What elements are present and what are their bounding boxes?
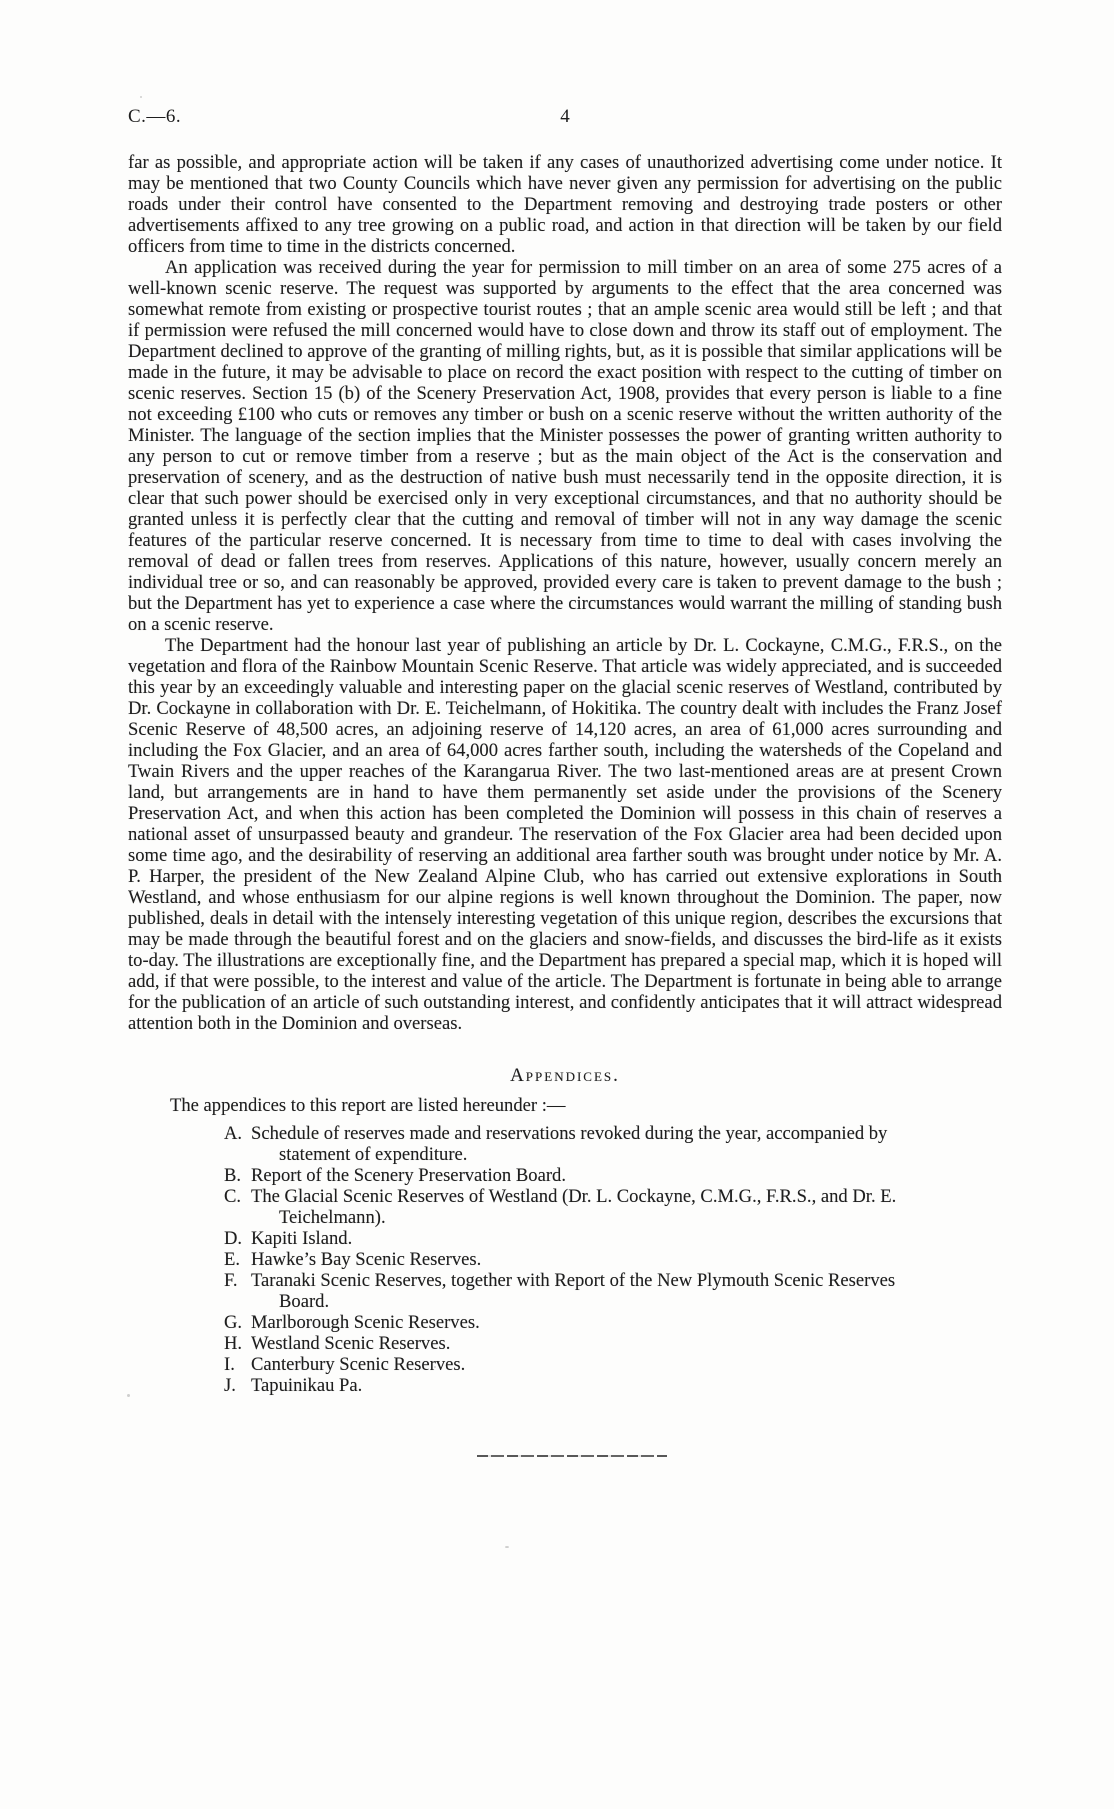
appendix-letter: H. bbox=[224, 1333, 251, 1354]
list-item: G. Marlborough Scenic Reserves. bbox=[224, 1312, 1002, 1333]
list-item: H. Westland Scenic Reserves. bbox=[224, 1333, 1002, 1354]
list-item: J. Tapuinikau Pa. bbox=[224, 1375, 1002, 1396]
scan-speck bbox=[505, 1546, 509, 1548]
document-page: C.—6. 4 far as possible, and appropriate… bbox=[0, 0, 1114, 1809]
list-item: I. Canterbury Scenic Reserves. bbox=[224, 1354, 1002, 1375]
page-number: 4 bbox=[128, 106, 1002, 128]
appendix-letter: G. bbox=[224, 1312, 251, 1333]
paragraph-advertising: far as possible, and appropriate action … bbox=[128, 152, 1002, 257]
appendices-intro: The appendices to this report are listed… bbox=[128, 1095, 1002, 1116]
appendices-list: A. Schedule of reserves made and reserva… bbox=[224, 1123, 1002, 1396]
scan-speck bbox=[434, 1366, 436, 1368]
appendix-letter: D. bbox=[224, 1228, 251, 1249]
appendix-letter: A. bbox=[224, 1123, 251, 1144]
paragraph-cockayne-article: The Department had the honour last year … bbox=[128, 635, 1002, 1034]
appendix-letter: C. bbox=[224, 1186, 251, 1207]
list-item: B. Report of the Scenery Preservation Bo… bbox=[224, 1165, 1002, 1186]
scan-speck bbox=[140, 96, 142, 98]
text-column: far as possible, and appropriate action … bbox=[128, 152, 1002, 1457]
appendix-text: Canterbury Scenic Reserves. bbox=[251, 1354, 939, 1375]
appendix-letter: F. bbox=[224, 1270, 251, 1291]
scan-speck bbox=[127, 1394, 130, 1397]
running-header: C.—6. 4 bbox=[128, 106, 1002, 132]
paragraph-milling-application: An application was received during the y… bbox=[128, 257, 1002, 635]
appendices-heading: Appendices. bbox=[128, 1065, 1002, 1086]
end-rule-divider bbox=[477, 1455, 667, 1457]
list-item: E. Hawke’s Bay Scenic Reserves. bbox=[224, 1249, 1002, 1270]
appendix-text: Report of the Scenery Preservation Board… bbox=[251, 1165, 939, 1186]
appendix-text: The Glacial Scenic Reserves of Westland … bbox=[251, 1186, 939, 1228]
list-item: C. The Glacial Scenic Reserves of Westla… bbox=[224, 1186, 1002, 1228]
appendix-text: Taranaki Scenic Reserves, together with … bbox=[251, 1270, 939, 1312]
appendix-letter: E. bbox=[224, 1249, 251, 1270]
appendix-letter: J. bbox=[224, 1375, 251, 1396]
appendix-text: Marlborough Scenic Reserves. bbox=[251, 1312, 939, 1333]
appendix-letter: B. bbox=[224, 1165, 251, 1186]
appendix-text: Kapiti Island. bbox=[251, 1228, 939, 1249]
appendix-text: Tapuinikau Pa. bbox=[251, 1375, 939, 1396]
appendix-text: Schedule of reserves made and reservatio… bbox=[251, 1123, 939, 1165]
appendix-text: Westland Scenic Reserves. bbox=[251, 1333, 939, 1354]
appendix-text: Hawke’s Bay Scenic Reserves. bbox=[251, 1249, 939, 1270]
list-item: A. Schedule of reserves made and reserva… bbox=[224, 1123, 1002, 1165]
list-item: D. Kapiti Island. bbox=[224, 1228, 1002, 1249]
list-item: F. Taranaki Scenic Reserves, together wi… bbox=[224, 1270, 1002, 1312]
appendix-letter: I. bbox=[224, 1354, 251, 1375]
